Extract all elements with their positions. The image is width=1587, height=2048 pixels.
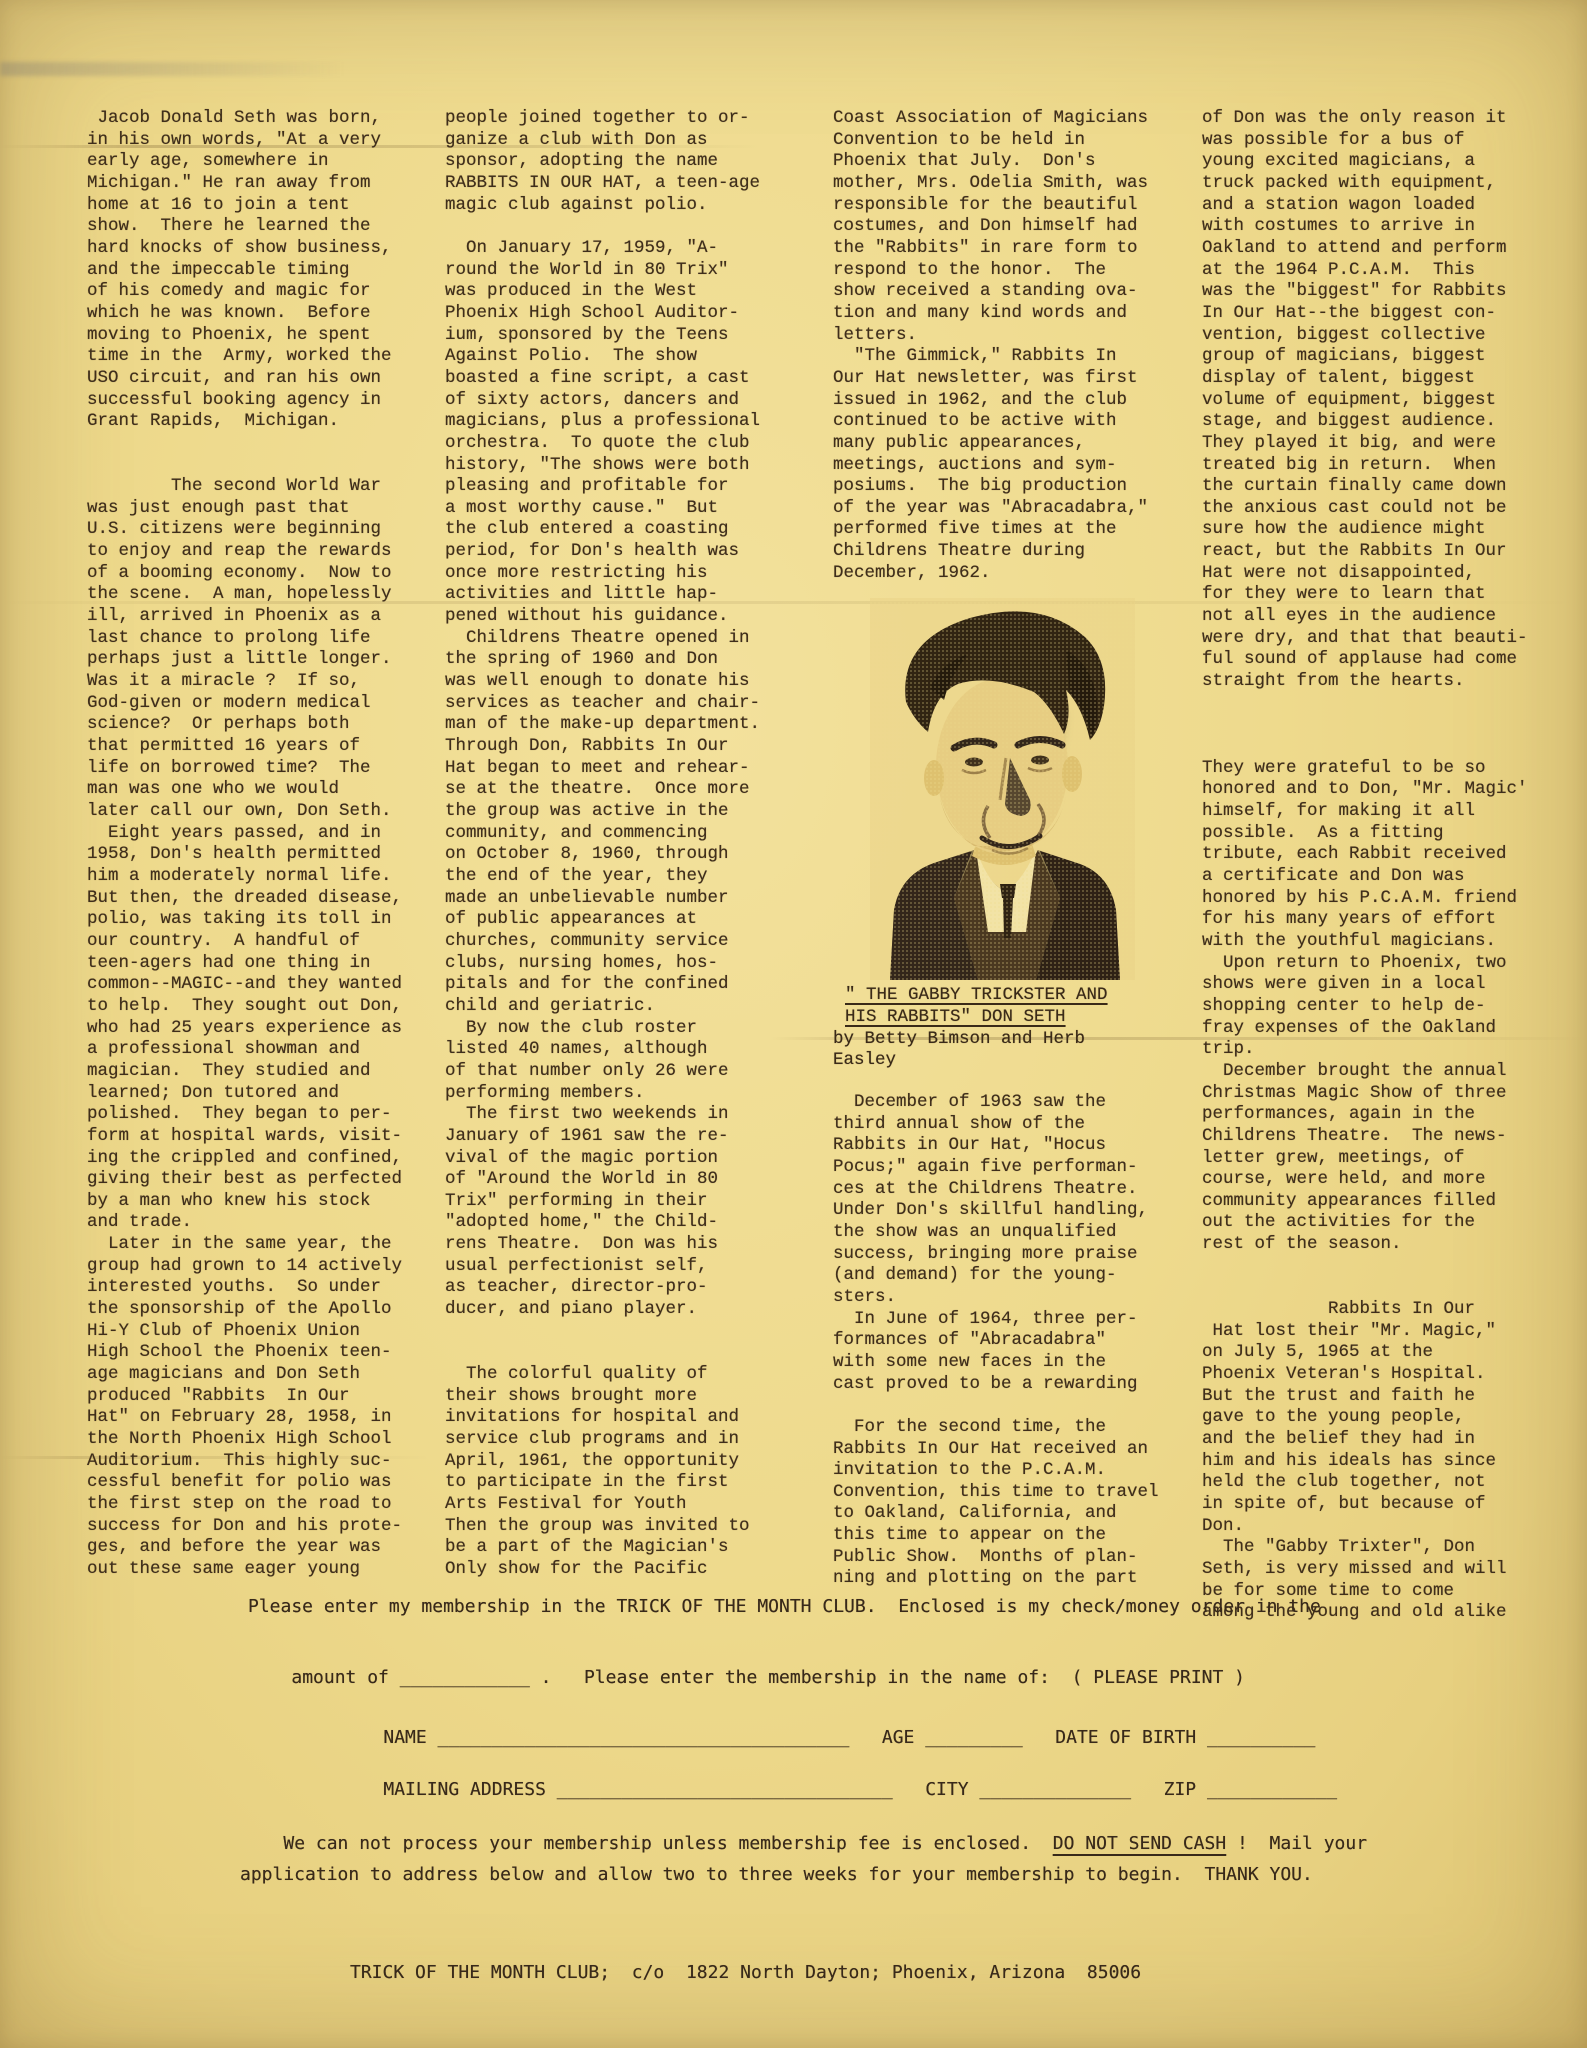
scan-artifact-strip bbox=[0, 62, 345, 76]
notice-text: We can not process your membership unles… bbox=[283, 1833, 1052, 1854]
date-of-birth-field-label: DATE OF BIRTH bbox=[1023, 1727, 1207, 1748]
age-field-blank: _________ bbox=[925, 1727, 1023, 1748]
mailing-address-field-blank: _______________________________ bbox=[557, 1779, 893, 1800]
name-field-blank: ______________________________________ bbox=[438, 1727, 850, 1748]
city-field-blank: ______________ bbox=[979, 1779, 1131, 1800]
notice-text-after: ! Mail your bbox=[1226, 1833, 1367, 1854]
photo-caption: " THE GABBY TRICKSTER AND HIS RABBITS" D… bbox=[845, 985, 1197, 1072]
do-not-send-cash-warning: DO NOT SEND CASH bbox=[1053, 1833, 1226, 1854]
don-seth-portrait-photo bbox=[870, 598, 1135, 980]
article-column-4: of Don was the only reason it was possib… bbox=[1202, 108, 1554, 1624]
form-amount-line: amount of ____________ . Please enter th… bbox=[248, 1646, 1245, 1709]
club-mailing-address: TRICK OF THE MONTH CLUB; c/o 1822 North … bbox=[350, 1962, 1141, 1983]
article-column-3-top: Coast Association of Magicians Conventio… bbox=[833, 108, 1185, 584]
zip-field-blank: ____________ bbox=[1207, 1779, 1337, 1800]
photo-caption-byline: by Betty Bimson and Herb Easley bbox=[833, 1029, 1197, 1073]
form-intro-line-2: . Please enter the membership in the nam… bbox=[530, 1667, 1245, 1688]
form-notice-line-2: application to address below and allow t… bbox=[240, 1864, 1313, 1885]
article-column-3-bottom: December of 1963 saw the third annual sh… bbox=[833, 1092, 1185, 1590]
name-field-label: NAME bbox=[383, 1727, 437, 1748]
amount-field-blank: ____________ bbox=[400, 1667, 530, 1688]
article-column-2: people joined together to or- ganize a c… bbox=[445, 108, 797, 1581]
newsletter-page: Jacob Donald Seth was born, in his own w… bbox=[0, 0, 1587, 2048]
form-intro-line-1: Please enter my membership in the TRICK … bbox=[248, 1596, 1321, 1617]
city-field-label: CITY bbox=[893, 1779, 980, 1800]
mailing-address-field-label: MAILING ADDRESS bbox=[383, 1779, 556, 1800]
photo-caption-line-1: " THE GABBY TRICKSTER AND bbox=[845, 985, 1197, 1007]
zip-field-label: ZIP bbox=[1131, 1779, 1207, 1800]
age-field-label: AGE bbox=[849, 1727, 925, 1748]
date-of-birth-field-blank: __________ bbox=[1207, 1727, 1315, 1748]
article-column-1: Jacob Donald Seth was born, in his own w… bbox=[87, 108, 439, 1581]
photo-caption-line-2: HIS RABBITS" DON SETH bbox=[845, 1007, 1197, 1029]
amount-field-label: amount of bbox=[291, 1667, 399, 1688]
